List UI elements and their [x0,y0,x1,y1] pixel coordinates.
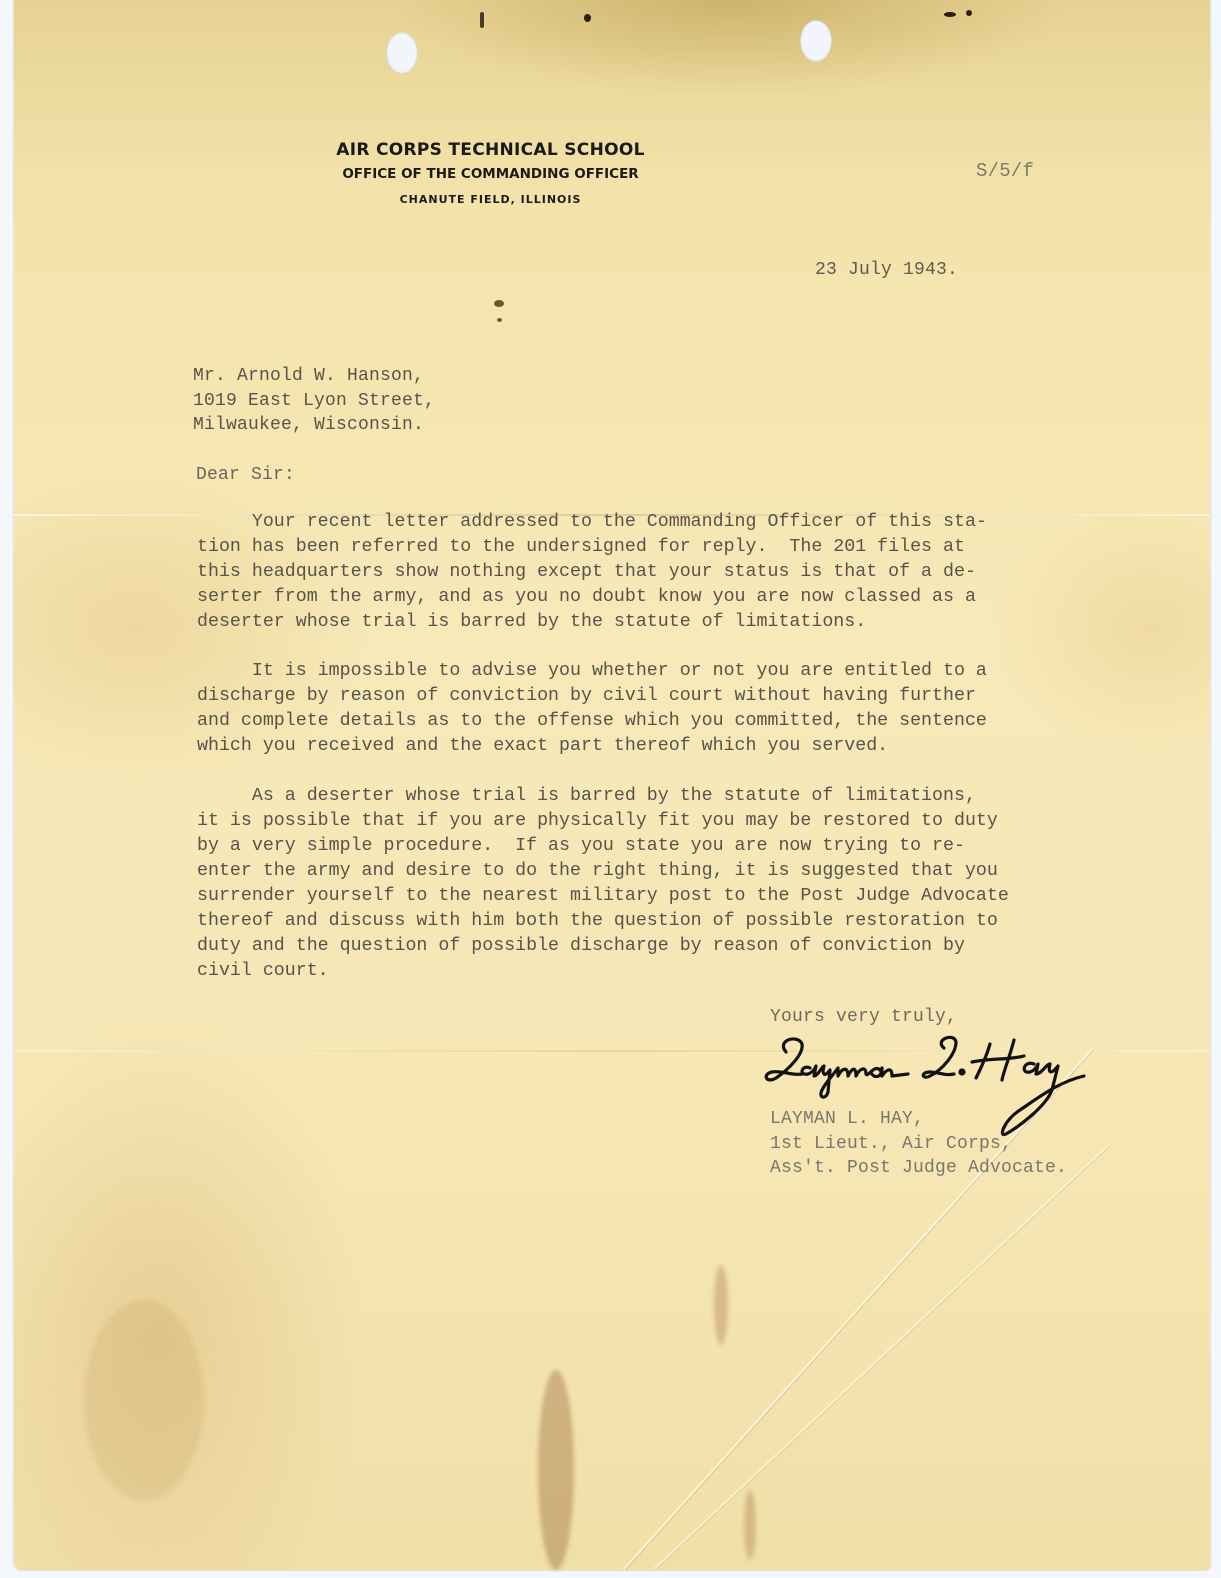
signer-name: LAYMAN L. HAY, [770,1107,1067,1132]
recipient-street: 1019 East Lyon Street, [193,389,435,414]
file-reference: S/5/f [976,160,1034,182]
signer-rank: 1st Lieut., Air Corps, [770,1132,1067,1157]
punch-hole-right [800,20,832,62]
letterhead-school-name: AIR CORPS TECHNICAL SCHOOL [0,140,1101,160]
signer-title: Ass't. Post Judge Advocate. [770,1156,1067,1181]
recipient-city: Milwaukee, Wisconsin. [193,413,435,438]
letter-date: 23 July 1943. [815,260,958,280]
water-stain [744,1490,756,1560]
signature-block: LAYMAN L. HAY, 1st Lieut., Air Corps, As… [770,1107,1067,1181]
recipient-address: Mr. Arnold W. Hanson, 1019 East Lyon Str… [193,364,435,438]
ink-speck [480,12,484,28]
salutation: Dear Sir: [196,465,295,485]
punch-hole-left [386,32,418,74]
fingerprint-stain [538,1370,574,1570]
diagonal-crease [653,1145,1108,1569]
body-paragraph-2: It is impossible to advise you whether o… [197,659,987,759]
letterhead-location: CHANUTE FIELD, ILLINOIS [0,193,1101,206]
ink-speck [584,14,591,22]
recipient-name: Mr. Arnold W. Hanson, [193,364,435,389]
ink-speck [944,12,956,17]
letterhead-office: OFFICE OF THE COMMANDING OFFICER [0,166,1101,182]
ink-speck [966,10,972,16]
ink-speck [497,318,502,322]
body-paragraph-3: As a deserter whose trial is barred by t… [197,784,1009,984]
water-stain [84,1300,204,1500]
water-stain [714,1265,728,1345]
body-paragraph-1: Your recent letter addressed to the Comm… [197,510,987,635]
ink-speck [494,300,504,307]
complimentary-close: Yours very truly, [770,1007,957,1027]
